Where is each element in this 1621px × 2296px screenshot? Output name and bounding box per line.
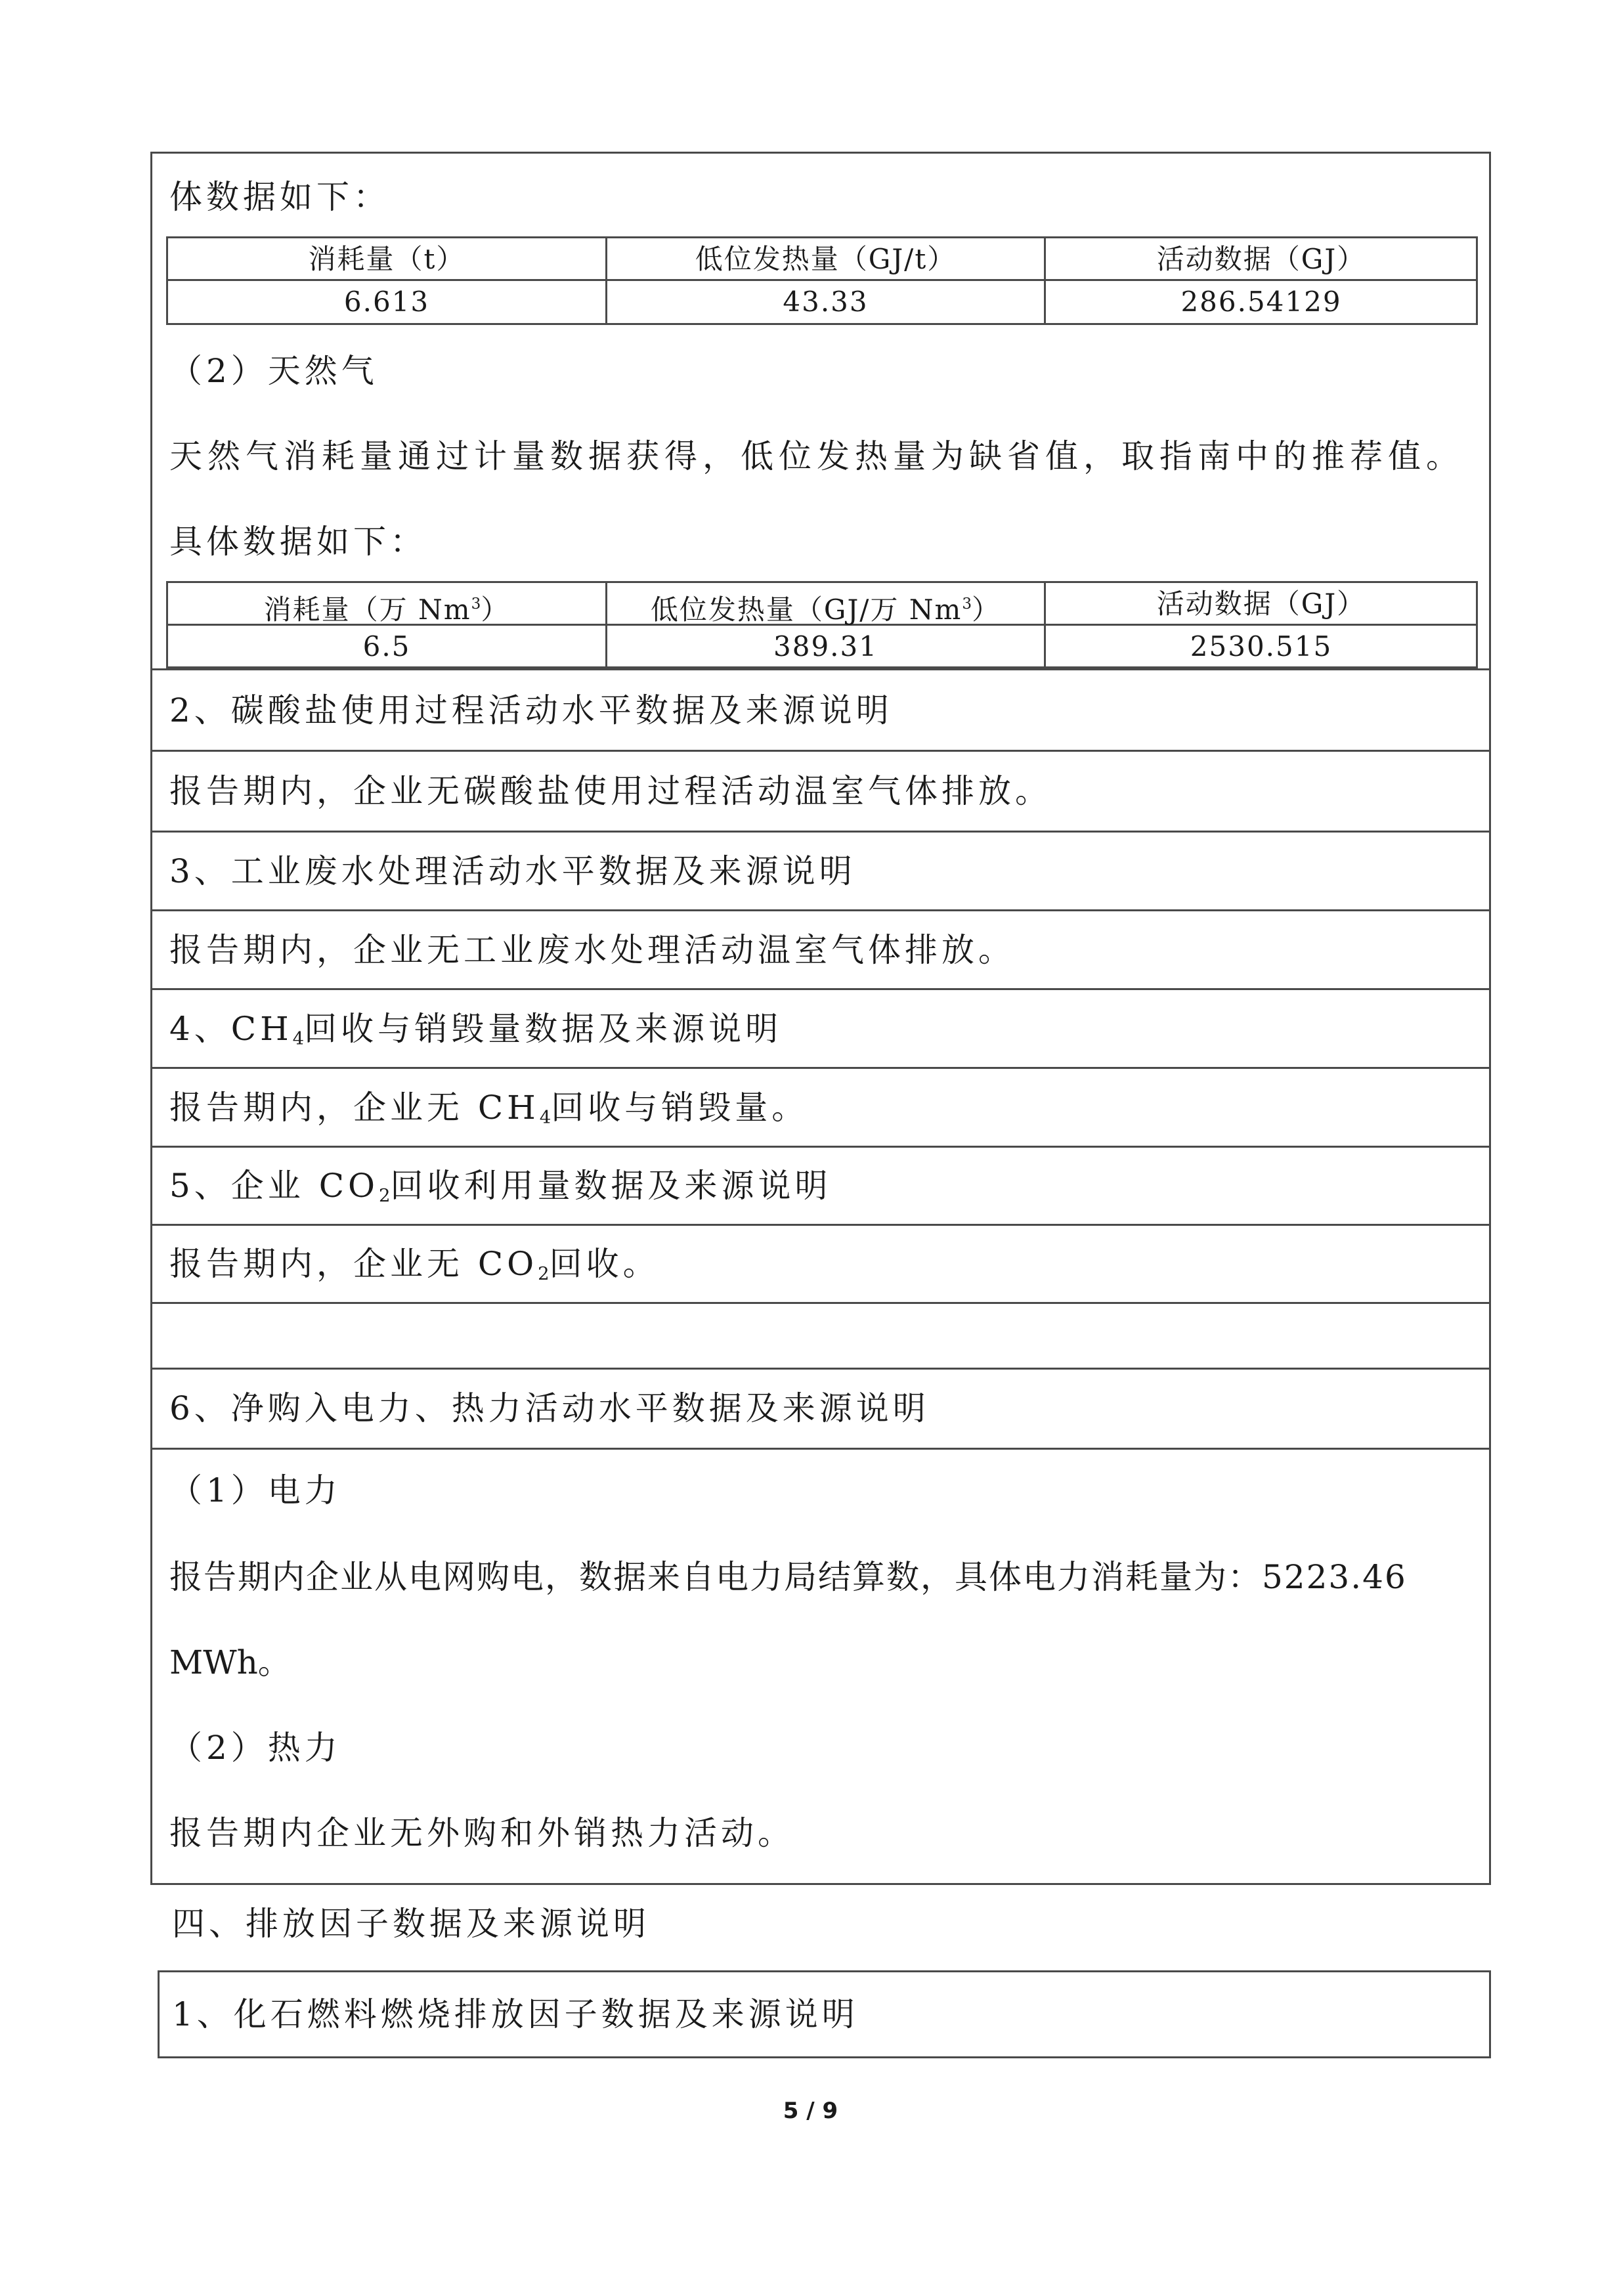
section-4-title: 4、CH4回收与销毁量数据及来源说明 [169,1009,782,1058]
natural-gas-value-activity: 2530.515 [1046,627,1477,666]
section-divider [150,668,1491,670]
natural-gas-heading: （2）天然气 [169,351,378,391]
section-5-body: 报告期内，企业无 CO2回收。 [169,1244,660,1293]
section-2-title: 2、碳酸盐使用过程活动水平数据及来源说明 [169,691,893,730]
natural-gas-value-ncv: 389.31 [607,627,1044,666]
fuel-table-row-divider [166,279,1478,281]
fuel-table-value-ncv: 43.33 [607,282,1044,322]
electricity-body-line-2: MWh。 [169,1643,291,1682]
fuel-table-header-activity: 活动数据（GJ） [1046,240,1477,279]
natural-gas-description: 天然气消耗量通过计量数据获得，低位发热量为缺省值，取指南中的推荐值。 [169,437,1464,476]
section-divider [150,988,1491,990]
section-divider [150,750,1491,752]
chapter-4-title: 四、排放因子数据及来源说明 [172,1904,650,1943]
section-divider [150,1146,1491,1148]
section-3-title: 3、工业废水处理活动水平数据及来源说明 [169,852,856,891]
section-divider [150,1302,1491,1304]
electricity-heading: （1）电力 [169,1471,341,1510]
fuel-table-value-activity: 286.54129 [1046,282,1477,322]
section-divider [150,831,1491,833]
section-divider [150,1224,1491,1226]
natural-gas-header-consumption: 消耗量（万 Nm3） [168,584,605,630]
page-indicator: 5 / 9 [0,2098,1621,2124]
section-divider [150,909,1491,911]
continuation-text: 体数据如下： [169,177,390,217]
section-divider [150,1368,1491,1370]
fuel-table-header-ncv: 低位发热量（GJ/t） [607,240,1044,279]
section-5-title: 5、企业 CO2回收利用量数据及来源说明 [169,1166,831,1215]
natural-gas-value-consumption: 6.5 [168,627,605,666]
natural-gas-lead: 具体数据如下： [169,522,427,561]
heat-body: 报告期内企业无外购和外销热力活动。 [169,1813,794,1853]
section-6-title: 6、净购入电力、热力活动水平数据及来源说明 [169,1389,930,1428]
heat-heading: （2）热力 [169,1728,341,1767]
section-divider [150,1067,1491,1069]
emission-factor-section-1-title: 1、化石燃料燃烧排放因子数据及来源说明 [172,1995,859,2034]
section-3-body: 报告期内，企业无工业废水处理活动温室气体排放。 [169,930,1015,970]
section-divider [150,1448,1491,1450]
electricity-body-line-1: 报告期内企业从电网购电，数据来自电力局结算数，具体电力消耗量为：5223.46 [169,1557,1407,1597]
fuel-table-value-consumption: 6.613 [168,282,605,322]
section-4-body: 报告期内，企业无 CH4回收与销毁量。 [169,1088,808,1137]
natural-gas-header-ncv: 低位发热量（GJ/万 Nm3） [607,584,1044,630]
natural-gas-header-activity: 活动数据（GJ） [1046,584,1477,624]
fuel-table-header-consumption: 消耗量（t） [168,240,605,279]
section-2-body: 报告期内，企业无碳酸盐使用过程活动温室气体排放。 [169,771,1052,811]
